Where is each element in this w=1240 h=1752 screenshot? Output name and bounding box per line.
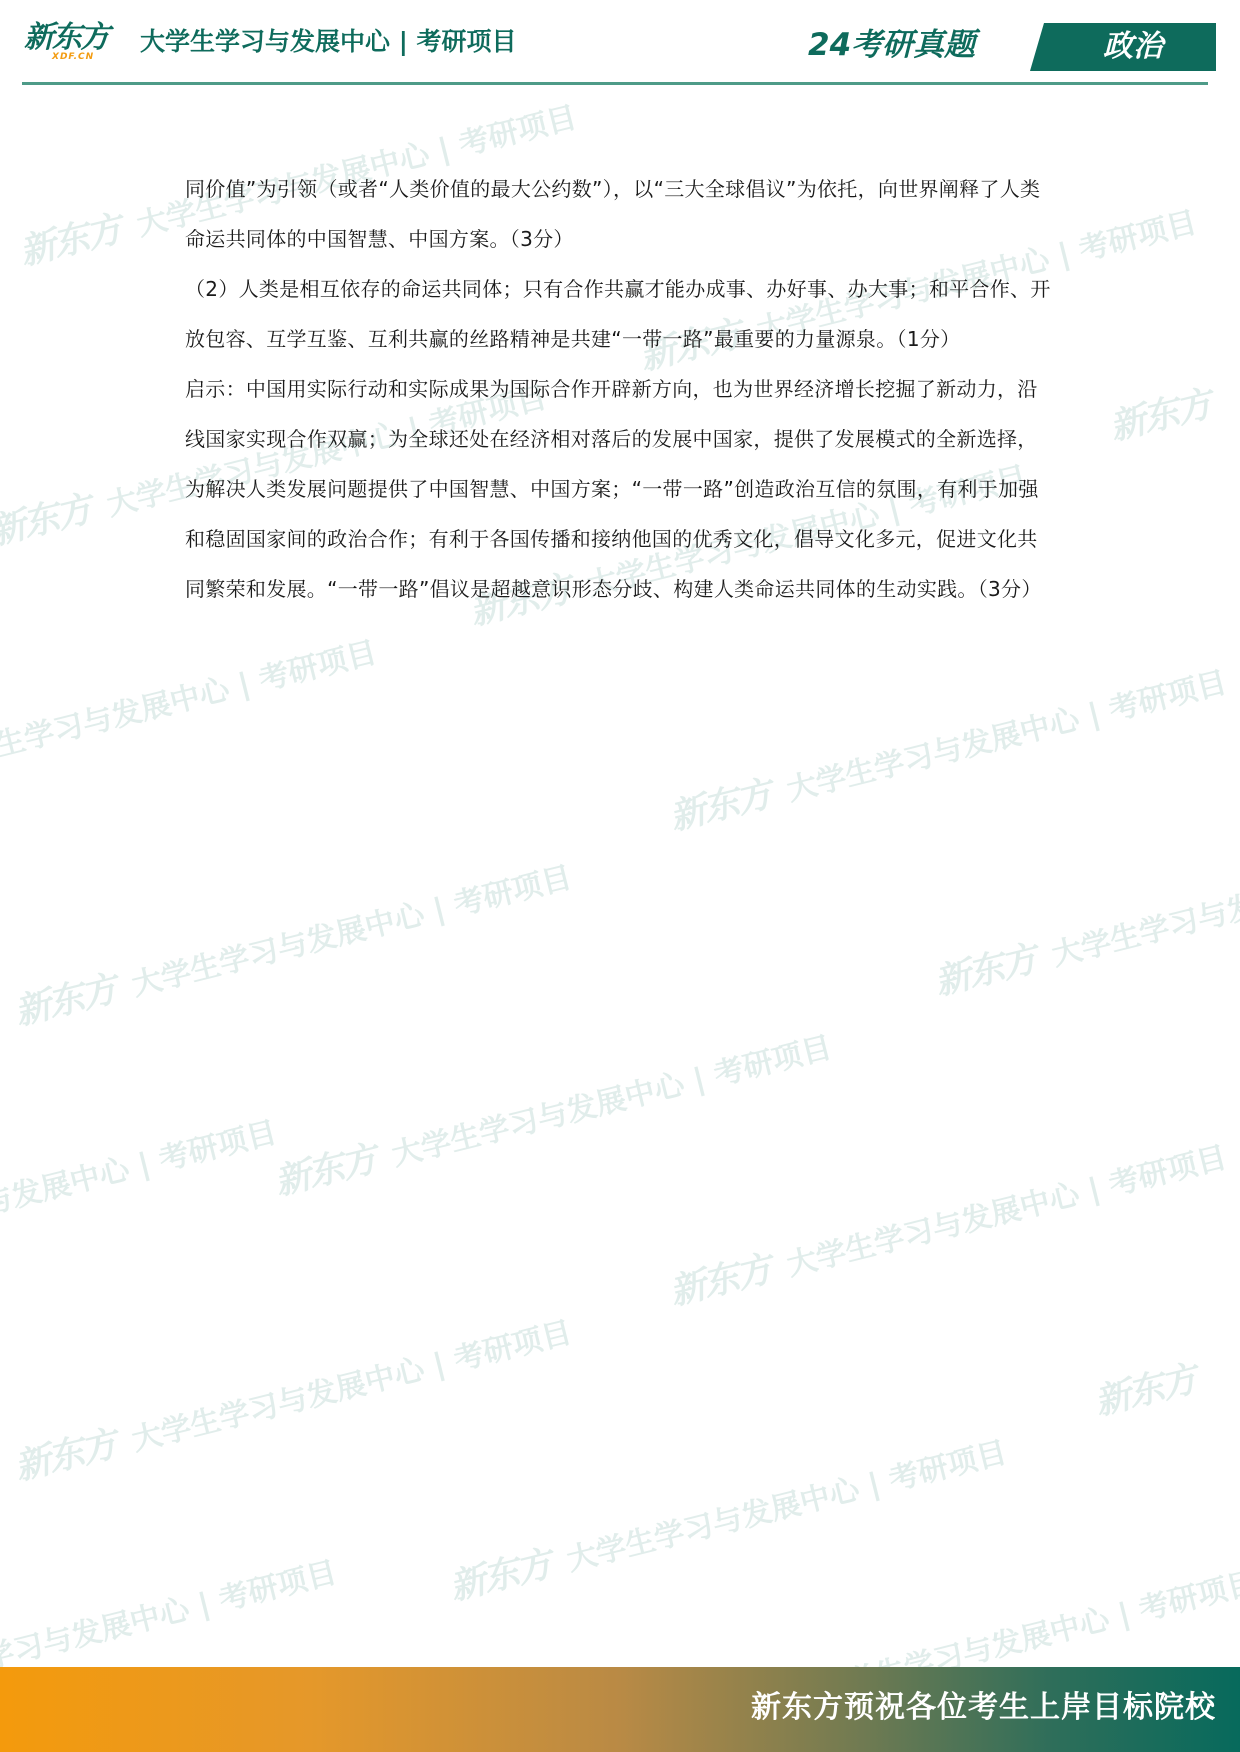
subject-tab: 政治 [1030,23,1216,71]
logo-english: XDF.CN [52,52,94,62]
watermark: 新东方大学生学习与发展中心 | 考研项目 [9,847,576,1035]
answer-paragraph: 同价值”为引领（或者“人类价值的最大公约数”），以“三大全球倡议”为依托，向世界… [185,164,1055,264]
exam-label: 24考研真题 [808,27,975,63]
page-footer: 新东方预祝各位考生上岸目标院校 [0,1667,1240,1752]
answer-paragraph: （2）人类是相互依存的命运共同体；只有合作共赢才能办成事、办好事、办大事；和平合… [185,264,1055,364]
watermark: 新东方大学生学习与发展中心 | 考研项目 [929,817,1240,1005]
watermark: 新东方大学生学习与发展中心 | 考研项目 [0,622,381,810]
logo-chinese: 新东方 [24,22,108,54]
watermark: 新东方大学生学习与发展中心 | 考研项目 [444,1422,1011,1610]
watermark: 新东方大学生学习与发展中心 | 考研项目 [664,1127,1231,1315]
header-divider [22,82,1208,85]
answer-content: 同价值”为引领（或者“人类价值的最大公约数”），以“三大全球倡议”为依托，向世界… [185,164,1055,614]
watermark: 新东方 [1104,372,1233,451]
watermark: 新东方大学生学习与发展中心 | 考研项目 [664,652,1231,840]
watermark: 新东方 [1089,1347,1218,1426]
xdf-logo: 新东方 XDF.CN [24,22,134,62]
footer-slogan: 新东方预祝各位考生上岸目标院校 [751,1687,1216,1729]
watermark: 新东方大学生学习与发展中心 | 考研项目 [269,1017,836,1205]
watermark: 新东方大学生学习与发展中心 | 考研项目 [9,1302,576,1490]
page-header: 新东方 XDF.CN 大学生学习与发展中心 | 考研项目 24考研真题 政治 [0,0,1240,90]
header-title: 大学生学习与发展中心 | 考研项目 [140,27,517,57]
watermark: 新东方大学生学习与发展中心 | 考研项目 [0,1102,281,1290]
answer-paragraph: 启示：中国用实际行动和实际成果为国际合作开辟新方向，也为世界经济增长挖掘了新动力… [185,364,1055,614]
subject-label: 政治 [1030,23,1216,71]
